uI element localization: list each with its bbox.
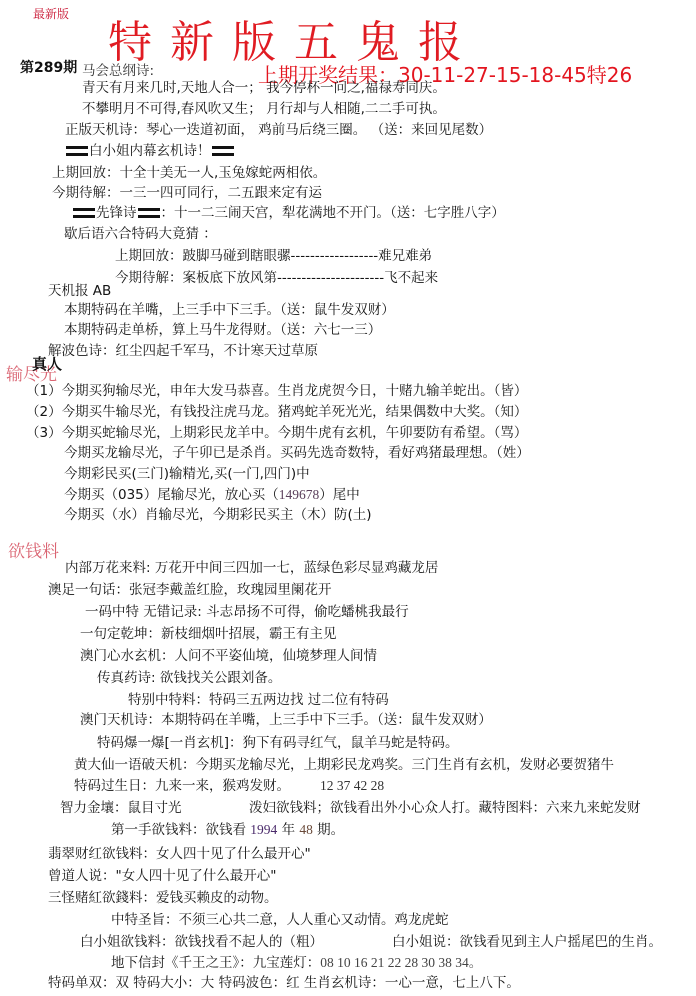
yq-line-1: 内部万花来料: 万花开中间三四加一七，蓝绿色彩尽显鸡藏龙居 bbox=[65, 560, 438, 576]
yq-line-5: 澳门心水玄机：人问不平姿仙境，仙境梦理人间情 bbox=[80, 648, 377, 664]
zhengban-poem: 正版天机诗：琴心一迭道初面， 鸡前马后绕三圈。 （送：来回见尾数） bbox=[65, 122, 492, 138]
bose-poem: 解波色诗：红尘四起千军马，不计寒天过草原 bbox=[48, 343, 318, 359]
zhili-line: 智力金壤：鼠目寸光 bbox=[60, 800, 182, 816]
issue-number: 第289期 bbox=[20, 57, 77, 77]
double-bar-icon bbox=[138, 208, 160, 218]
double-bar-icon bbox=[66, 146, 88, 156]
yq-line-3: 一码中特 无错记录: 斗志昂扬不可得，偷吃蟠桃我最行 bbox=[85, 604, 409, 620]
shu-item-4: 今期买龙输尽光，子午卯已是杀肖。买码先选奇数特，看好鸡猪最理想。（姓） bbox=[64, 445, 530, 461]
bai-left-line: 白小姐欲钱料：欲钱找看不起人的（粗） bbox=[80, 934, 323, 950]
xianfeng-poem: 先锋诗：十一二三闹天宫，犁花满地不开门。（送：七字胜八字） bbox=[72, 205, 505, 221]
shu-item-1: （1）今期买狗输尽光，申年大发马恭喜。生肖龙虎贺今日，十赌九输羊蛇出。（皆） bbox=[26, 383, 527, 399]
yq-line-6: 传真药诗: 欲钱找关公跟刘备。 bbox=[97, 670, 281, 686]
tail-line: 今期买（035）尾输尽光，放心买（149678）尾中 bbox=[64, 487, 360, 503]
yq-line-8: 澳门天机诗：本期特码在羊嘴，上三手中下三手。（送：鼠牛发双财） bbox=[80, 712, 492, 728]
yq-line-4: 一句定乾坤：新枝细烟叶招展，霸王有主见 bbox=[80, 626, 337, 642]
shu-item-2: （2）今期买牛输尽光，有钱投注虎马龙。猪鸡蛇羊死光光，结果偶数中大奖。（知） bbox=[26, 404, 527, 420]
bai-xiaojie-heading: 白小姐内幕玄机诗！ bbox=[65, 143, 235, 159]
tail-line-suffix: ）尾中 bbox=[319, 487, 360, 503]
yq-line-9: 特码爆一爆[一肖玄机]：狗下有码寻红气，鼠羊马蛇是特码。 bbox=[97, 735, 459, 751]
last-replay: 上期回放：十全十美无一人,玉兔嫁蛇两相依。 bbox=[52, 165, 326, 181]
first-hand-mid: 年 bbox=[277, 822, 299, 838]
bai-right-line: 白小姐说：欲钱看见到主人户摇尾巴的生肖。 bbox=[392, 934, 662, 950]
element-line: 今期买（水）肖输尽光，今期彩民买主（木）防(土) bbox=[64, 507, 372, 523]
tianjibao-line-2: 本期特码走单桥，算上马牛龙得财。（送：六七一三） bbox=[64, 322, 381, 338]
section-yuqianliao: 欲钱料 bbox=[8, 537, 59, 562]
poem-heading: 马会总纲诗: bbox=[82, 59, 154, 79]
tianjibao-heading: 天机报 AB bbox=[48, 283, 111, 299]
yq-line-2: 澳足一句话：张冠李戴盖红脸，玫瑰园里阑花开 bbox=[48, 582, 332, 598]
dixia-line: 地下信封《千王之王》：九宝莲灯：08 10 16 21 22 28 30 38 … bbox=[111, 955, 482, 971]
bai-xiaojie-label: 白小姐内幕玄机诗！ bbox=[89, 143, 211, 159]
first-hand-prefix: 第一手欲钱料：欲钱看 bbox=[111, 822, 250, 838]
feicui-line: 翡翠财红欲钱料：女人四十见了什么最开心" bbox=[48, 846, 311, 862]
zengdaoren-line: 曾道人说："女人四十见了什么最开心" bbox=[48, 868, 276, 884]
yq-line-7: 特别中特料：特码三五两边找 过二位有特码 bbox=[128, 692, 389, 708]
tail-line-prefix: 今期买（035）尾输尽光，放心买（ bbox=[64, 487, 279, 503]
zhongte-line: 中特圣旨：不须三心共二意，人人重心又动情。鸡龙虎蛇 bbox=[111, 912, 449, 928]
double-bar-icon bbox=[73, 208, 95, 218]
double-bar-icon bbox=[212, 146, 234, 156]
poem-line-2: 不攀明月不可得,春风吹又生； 月行却与人相随,二二手可执。 bbox=[82, 101, 446, 117]
xianfeng-text: ：十一二三闹天宫，犁花满地不开门。（送：七字胜八字） bbox=[161, 205, 505, 221]
pofu-line: 泼妇欲钱料；欲钱看出外小心众人打。藏特图料：六来九来蛇发财 bbox=[249, 800, 641, 816]
yq-line-10: 黄大仙一语破天机：今期买龙输尽光，上期彩民龙鸡奖。三门生肖有玄机，发财必要贺猪牛 bbox=[74, 757, 614, 773]
dixia-label: 地下信封《千王之王》：九宝莲灯： bbox=[111, 955, 320, 971]
birthday-line: 特码过生日：九来一来，猴鸡发财。12 37 42 28 bbox=[74, 778, 384, 794]
summary-line: 特码单双：双 特码大小：大 特码波色：红 生肖玄机诗：一心一意，七上八下。 bbox=[48, 975, 520, 991]
xianfeng-label: 先锋诗 bbox=[96, 205, 137, 221]
new-version-tag: 最新版 bbox=[33, 5, 69, 22]
xiehouyu-pending: 今期待解：案板底下放风第----------------------飞不起来 bbox=[115, 270, 438, 286]
zhenren-label: 真人 bbox=[32, 353, 62, 374]
xiehouyu-replay: 上期回放：跛脚马碰到瞎眼骡------------------难兄难弟 bbox=[115, 248, 432, 264]
poem-line-1: 青天有月来几时,天地人合一； 我今停杯一问之,福禄寿同庆。 bbox=[82, 80, 446, 96]
first-hand-year: 1994 bbox=[250, 822, 277, 837]
shu-item-5: 今期彩民买(三门)输精光,买(一门,四门)中 bbox=[64, 466, 310, 482]
birthday-numbers: 12 37 42 28 bbox=[320, 778, 384, 793]
tianjibao-line-1: 本期特码在羊嘴，上三手中下三手。（送：鼠牛发双财） bbox=[64, 302, 395, 318]
xiehouyu-heading: 歇后语六合特码大竟猜 ： bbox=[64, 226, 217, 242]
tail-line-number: 149678 bbox=[279, 487, 320, 502]
birthday-label: 特码过生日：九来一来，猴鸡发财。 bbox=[74, 778, 290, 794]
first-hand-issue: 48 bbox=[299, 822, 313, 837]
first-hand-line: 第一手欲钱料：欲钱看 1994 年 48 期。 bbox=[111, 822, 344, 838]
first-hand-suffix: 期。 bbox=[313, 822, 344, 838]
this-period: 今期待解：一三一四可同行，二五跟来定有运 bbox=[52, 185, 322, 201]
dixia-numbers: 08 10 16 21 22 28 30 38 34。 bbox=[320, 955, 482, 970]
shu-item-3: （3）今期买蛇输尽光，上期彩民龙羊中。今期牛虎有玄机，午卯要防有希望。（骂） bbox=[26, 425, 527, 441]
sanguai-line: 三怪赌紅欲錢料：爱钱买赖皮的动物。 bbox=[48, 890, 278, 906]
